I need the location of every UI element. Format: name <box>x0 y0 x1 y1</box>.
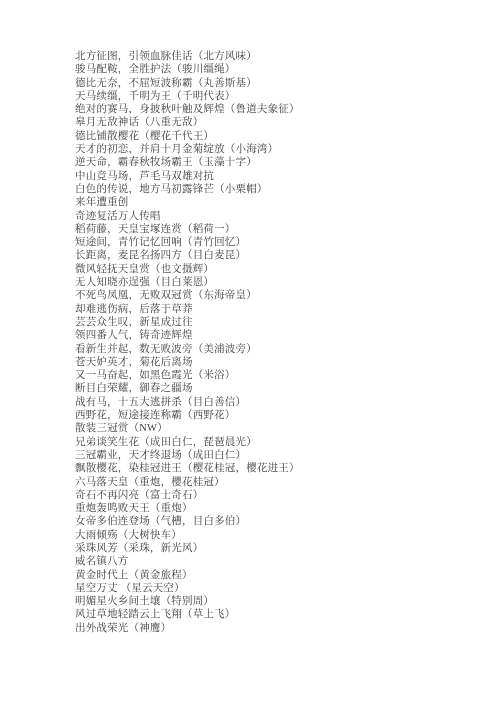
poem-line: 明媚星火乡间土壤（特别周） <box>75 595 480 608</box>
poem-line: 皋月无敌神话（八重无敌） <box>75 116 480 129</box>
poem-line: 出外战荣光（神鹰） <box>75 622 480 635</box>
poem-line: 德比无奈，不屈短波称霸（丸善斯基） <box>75 77 480 90</box>
poem-line: 芸芸众生叹，新星成过往 <box>75 316 480 329</box>
poem-line: 兄弟谈笑生花（成田白仁，琵琶晨光） <box>75 436 480 449</box>
poem-line: 看新生并起，数无败波旁（美浦波旁） <box>75 343 480 356</box>
poem-line: 大雨倾殇（大树快车） <box>75 529 480 542</box>
poem-line: 采珠风芳（采珠，新光风） <box>75 542 480 555</box>
poem-line: 六马落天皇（重炮，樱花桂冠） <box>75 476 480 489</box>
poem-line: 白色的传说，地方马初露锋芒（小栗帽） <box>75 183 480 196</box>
poem-line: 微风轻抚天皇赏（也文摄辉） <box>75 263 480 276</box>
poem-line: 北方征图，引领血脉佳话（北方风味） <box>75 50 480 63</box>
poem-line: 绝对的赛马，身披秋叶触及辉煌（鲁道夫象征） <box>75 103 480 116</box>
poem-line: 西野花，短途接连称霸（西野花） <box>75 409 480 422</box>
poem-line: 苍天妒英才，菊花后离场 <box>75 356 480 369</box>
poem-text-block: 北方征图，引领血脉佳话（北方风味）骏马配鞍，全胜护法（骏川缰绳）德比无奈，不屈短… <box>75 50 480 635</box>
poem-line: 领四番人气，铸奇迹辉煌 <box>75 329 480 342</box>
poem-line: 星空万丈 （星云天空） <box>75 582 480 595</box>
poem-line: 威名镇八方 <box>75 555 480 568</box>
poem-line: 天马续缰，千明为王（千明代表） <box>75 90 480 103</box>
poem-line: 三冠霸业，天才终退场（成田白仁） <box>75 449 480 462</box>
poem-line: 女帝多伯连登场（气槽，目白多伯） <box>75 515 480 528</box>
poem-line: 德比铺散樱花（樱花千代王） <box>75 130 480 143</box>
poem-line: 中山竞马场，芦毛马双雄对抗 <box>75 170 480 183</box>
poem-line: 散装三冠赏（NW） <box>75 422 480 435</box>
document-page: 北方征图，引领血脉佳话（北方风味）骏马配鞍，全胜护法（骏川缰绳）德比无奈，不屈短… <box>0 0 500 707</box>
poem-line: 风过草地轻踏云上飞翔（草上飞） <box>75 608 480 621</box>
poem-line: 不死鸟凤凰，无败双冠赏（东海帝皇） <box>75 289 480 302</box>
poem-line: 天才的初恋，并肩十月金菊绽放（小海湾） <box>75 143 480 156</box>
poem-line: 骏马配鞍，全胜护法（骏川缰绳） <box>75 63 480 76</box>
poem-line: 又一马奋起，如黑色霞光（米浴） <box>75 369 480 382</box>
poem-line: 长距离，麦昆名扬四方（目白麦昆） <box>75 249 480 262</box>
poem-line: 战有马，十五大逃拼杀（目白善信） <box>75 396 480 409</box>
poem-line: 却难逃伤病，后落于草莽 <box>75 303 480 316</box>
poem-line: 逆天命，霸春秋牧场霸王（玉藻十字） <box>75 156 480 169</box>
poem-line: 断目白荣耀，御春之疆场 <box>75 382 480 395</box>
poem-line: 黄金时代上（黄金旅程） <box>75 569 480 582</box>
poem-line: 重炮轰鸣败天王（重炮） <box>75 502 480 515</box>
poem-line: 短途间，青竹记忆回响（青竹回忆） <box>75 236 480 249</box>
poem-line: 飘散樱花，染桂冠进王（樱花桂冠，樱花进王） <box>75 462 480 475</box>
poem-line: 稻荷藤，天皇宝塚连赏（稻荷一） <box>75 223 480 236</box>
poem-line: 来年遭重创 <box>75 196 480 209</box>
poem-line: 奇石不再闪亮（富士奇石） <box>75 489 480 502</box>
poem-line: 奇迹复活万人传唱 <box>75 210 480 223</box>
poem-line: 无人知晓亦逞强（目白莱恩） <box>75 276 480 289</box>
